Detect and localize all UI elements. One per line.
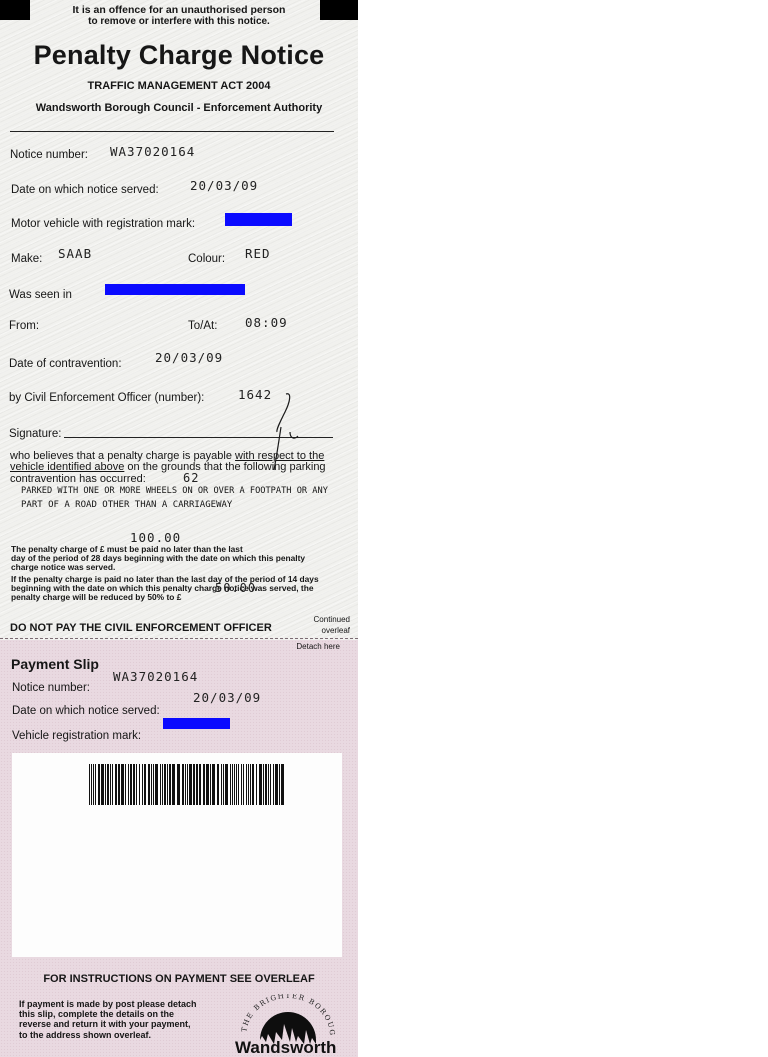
instructions-line-2: this slip, complete the details on the	[19, 1009, 174, 1019]
to-at-label: To/At:	[188, 320, 217, 332]
grounds-line-2: vehicle identified above on the grounds …	[10, 462, 326, 474]
detach-label: Detach here	[290, 642, 340, 651]
barcode-bar	[101, 764, 104, 805]
barcode-bar	[142, 764, 143, 805]
payment-slip-title: Payment Slip	[11, 656, 99, 672]
notice-number-label: Notice number:	[10, 149, 88, 161]
registration-label: Motor vehicle with registration mark:	[11, 218, 195, 230]
date-served-label: Date on which notice served:	[11, 184, 159, 196]
barcode-bar	[246, 764, 247, 805]
barcode-bar	[93, 764, 94, 805]
barcode-bar	[185, 764, 186, 805]
contravention-description-1: PARKED WITH ONE OR MORE WHEELS ON OR OVE…	[21, 486, 328, 496]
barcode-bar	[169, 764, 171, 805]
reduced-amount: 50.00	[215, 581, 256, 595]
barcode-bar	[230, 764, 231, 805]
barcode-bar	[144, 764, 146, 805]
barcode-bar	[279, 764, 280, 805]
barcode-bar	[118, 764, 120, 805]
barcode-bar	[125, 764, 126, 805]
contravention-description-2: PART OF A ROAD OTHER THAN A CARRIAGEWAY	[21, 500, 232, 510]
barcode-bar	[98, 764, 100, 805]
barcode-bar	[139, 764, 140, 805]
barcode-bar	[187, 764, 188, 805]
barcode-bar	[177, 764, 180, 805]
barcode-bar	[275, 764, 278, 805]
signature-label: Signature:	[9, 428, 61, 440]
barcode-bar	[89, 764, 90, 805]
officer-number-value: 1642	[238, 387, 272, 402]
notice-section: It is an offence for an unauthorised per…	[0, 0, 358, 640]
grounds-line-3: contravention has occurred:	[10, 474, 146, 486]
slip-registration-label: Vehicle registration mark:	[12, 730, 141, 742]
barcode-bar	[172, 764, 175, 805]
barcode-bar	[238, 764, 239, 805]
barcode-bar	[250, 764, 251, 805]
barcode-bar	[241, 764, 242, 805]
reduced-text-3: penalty charge will be reduced by 50% to…	[11, 593, 181, 602]
act-heading: TRAFFIC MANAGEMENT ACT 2004	[0, 80, 358, 92]
penalty-amount: 100.00	[130, 530, 181, 545]
barcode-bar	[212, 764, 215, 805]
instructions-heading: FOR INSTRUCTIONS ON PAYMENT SEE OVERLEAF	[0, 973, 358, 985]
penalty-text-3: charge notice was served.	[11, 563, 115, 572]
barcode-bar	[196, 764, 198, 805]
penalty-charge-notice: It is an offence for an unauthorised per…	[0, 0, 360, 1057]
barcode-bar	[189, 764, 192, 805]
date-served-value: 20/03/09	[190, 178, 258, 193]
make-value: SAAB	[58, 246, 92, 261]
instructions-line-4: to the address shown overleaf.	[19, 1030, 151, 1040]
barcode-bar	[270, 764, 271, 805]
slip-registration-redacted	[163, 718, 230, 729]
barcode-bar	[221, 764, 222, 805]
barcode-bar	[193, 764, 195, 805]
wandsworth-logo: THE BRIGHTER BOROUGH Wandsworth	[232, 994, 342, 1057]
barcode-bar	[263, 764, 264, 805]
officer-label: by Civil Enforcement Officer (number):	[9, 392, 204, 404]
detach-line	[0, 638, 358, 639]
barcode-bar	[160, 764, 161, 805]
logo-name: Wandsworth	[235, 1038, 336, 1057]
slip-notice-number-value: WA37020164	[113, 669, 198, 684]
barcode-bar	[105, 764, 106, 805]
barcode-bar	[273, 764, 274, 805]
from-label: From:	[9, 320, 39, 332]
warning-line-1: It is an offence for an unauthorised per…	[0, 4, 358, 16]
barcode-bar	[136, 764, 137, 805]
barcode-bar	[203, 764, 205, 805]
barcode-bar	[162, 764, 163, 805]
barcode-bar	[217, 764, 219, 805]
barcode	[89, 764, 287, 805]
barcode-bar	[121, 764, 124, 805]
contravention-code: 62	[183, 471, 199, 485]
barcode-bar	[95, 764, 96, 805]
instructions-line-3: reverse and return it with your payment,	[19, 1019, 191, 1029]
barcode-bar	[107, 764, 109, 805]
warning-line-2: to remove or interfere with this notice.	[0, 16, 358, 28]
slip-date-served-label: Date on which notice served:	[12, 705, 160, 717]
overleaf-label: overleaf	[300, 626, 350, 635]
barcode-bar	[256, 764, 257, 805]
instructions-line-1: If payment is made by post please detach	[19, 999, 197, 1009]
barcode-bar	[133, 764, 135, 805]
barcode-bar	[234, 764, 235, 805]
make-label: Make:	[11, 253, 42, 265]
barcode-bar	[182, 764, 184, 805]
barcode-bar	[206, 764, 209, 805]
skyline-logo-icon: THE BRIGHTER BOROUGH	[232, 994, 342, 1044]
grounds-underlined-2: vehicle identified above	[10, 461, 124, 473]
barcode-bar	[128, 764, 129, 805]
barcode-bar	[151, 764, 152, 805]
header-divider	[10, 131, 334, 132]
barcode-bar	[236, 764, 237, 805]
barcode-bar	[210, 764, 211, 805]
slip-notice-number-label: Notice number:	[12, 682, 90, 694]
barcode-bar	[110, 764, 111, 805]
grounds-text-2: on the grounds that the following parkin…	[124, 461, 325, 473]
barcode-bar	[268, 764, 269, 805]
barcode-bar	[115, 764, 117, 805]
date-contravention-value: 20/03/09	[155, 350, 223, 365]
colour-label: Colour:	[188, 253, 225, 265]
barcode-bar	[112, 764, 113, 805]
barcode-bar	[167, 764, 168, 805]
to-at-value: 08:09	[245, 315, 288, 330]
barcode-bar	[130, 764, 132, 805]
barcode-bar	[259, 764, 262, 805]
notice-number-value: WA37020164	[110, 144, 195, 159]
continued-label: Continued	[300, 615, 350, 624]
barcode-bar	[155, 764, 158, 805]
barcode-bar	[199, 764, 201, 805]
do-not-pay-warning: DO NOT PAY THE CIVIL ENFORCEMENT OFFICER	[10, 622, 272, 634]
seen-in-label: Was seen in	[9, 289, 72, 301]
barcode-bar	[232, 764, 233, 805]
colour-value: RED	[245, 246, 271, 261]
barcode-bar	[153, 764, 154, 805]
barcode-bar	[281, 764, 284, 805]
date-contravention-label: Date of contravention:	[9, 358, 122, 370]
barcode-bar	[223, 764, 224, 805]
barcode-bar	[91, 764, 92, 805]
barcode-bar	[265, 764, 267, 805]
barcode-bar	[164, 764, 166, 805]
location-redacted	[105, 284, 245, 295]
page-title: Penalty Charge Notice	[0, 40, 358, 71]
barcode-bar	[252, 764, 254, 805]
slip-date-served-value: 20/03/09	[193, 690, 261, 705]
registration-redacted	[225, 213, 292, 226]
barcode-bar	[248, 764, 249, 805]
barcode-bar	[243, 764, 244, 805]
authority-heading: Wandsworth Borough Council - Enforcement…	[0, 102, 358, 114]
barcode-bar	[225, 764, 228, 805]
barcode-bar	[148, 764, 150, 805]
